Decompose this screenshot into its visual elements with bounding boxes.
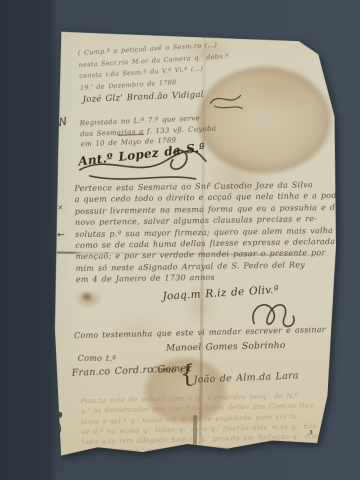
registrar-rubric-flourish (206, 89, 246, 109)
manuscript-photo: ( Cump.ª a petiçaõ avê o Sesm.ro (…) nes… (53, 28, 338, 461)
witness-label-1: Como t.ª (78, 354, 117, 363)
top-annotation-block: ( Cump.ª a petiçaõ avê o Sesm.ro (…) nes… (78, 39, 231, 94)
manuscript-paper: ( Cump.ª a petiçaõ avê o Sesm.ro (…) nes… (53, 28, 338, 461)
margin-ink-mark: W (55, 115, 68, 130)
margin-ink-mark: ← (57, 231, 65, 241)
ink-blot (53, 412, 62, 419)
ink-blot (55, 423, 61, 434)
margin-ink-mark: ɜ (309, 428, 313, 436)
margin-ink-mark: × (57, 204, 63, 212)
faded-certification-block: Pass.ta este de mando com o q.' Cernarde… (80, 390, 325, 458)
witness-signature-1: Manoel Gomes Sobrinho (166, 341, 286, 354)
clerk-signature-rubric (74, 144, 214, 185)
witness-signature-3: João de Alm.da Lara (193, 370, 299, 385)
photo-background: { "meta": { "description": "Archival pho… (0, 0, 360, 480)
